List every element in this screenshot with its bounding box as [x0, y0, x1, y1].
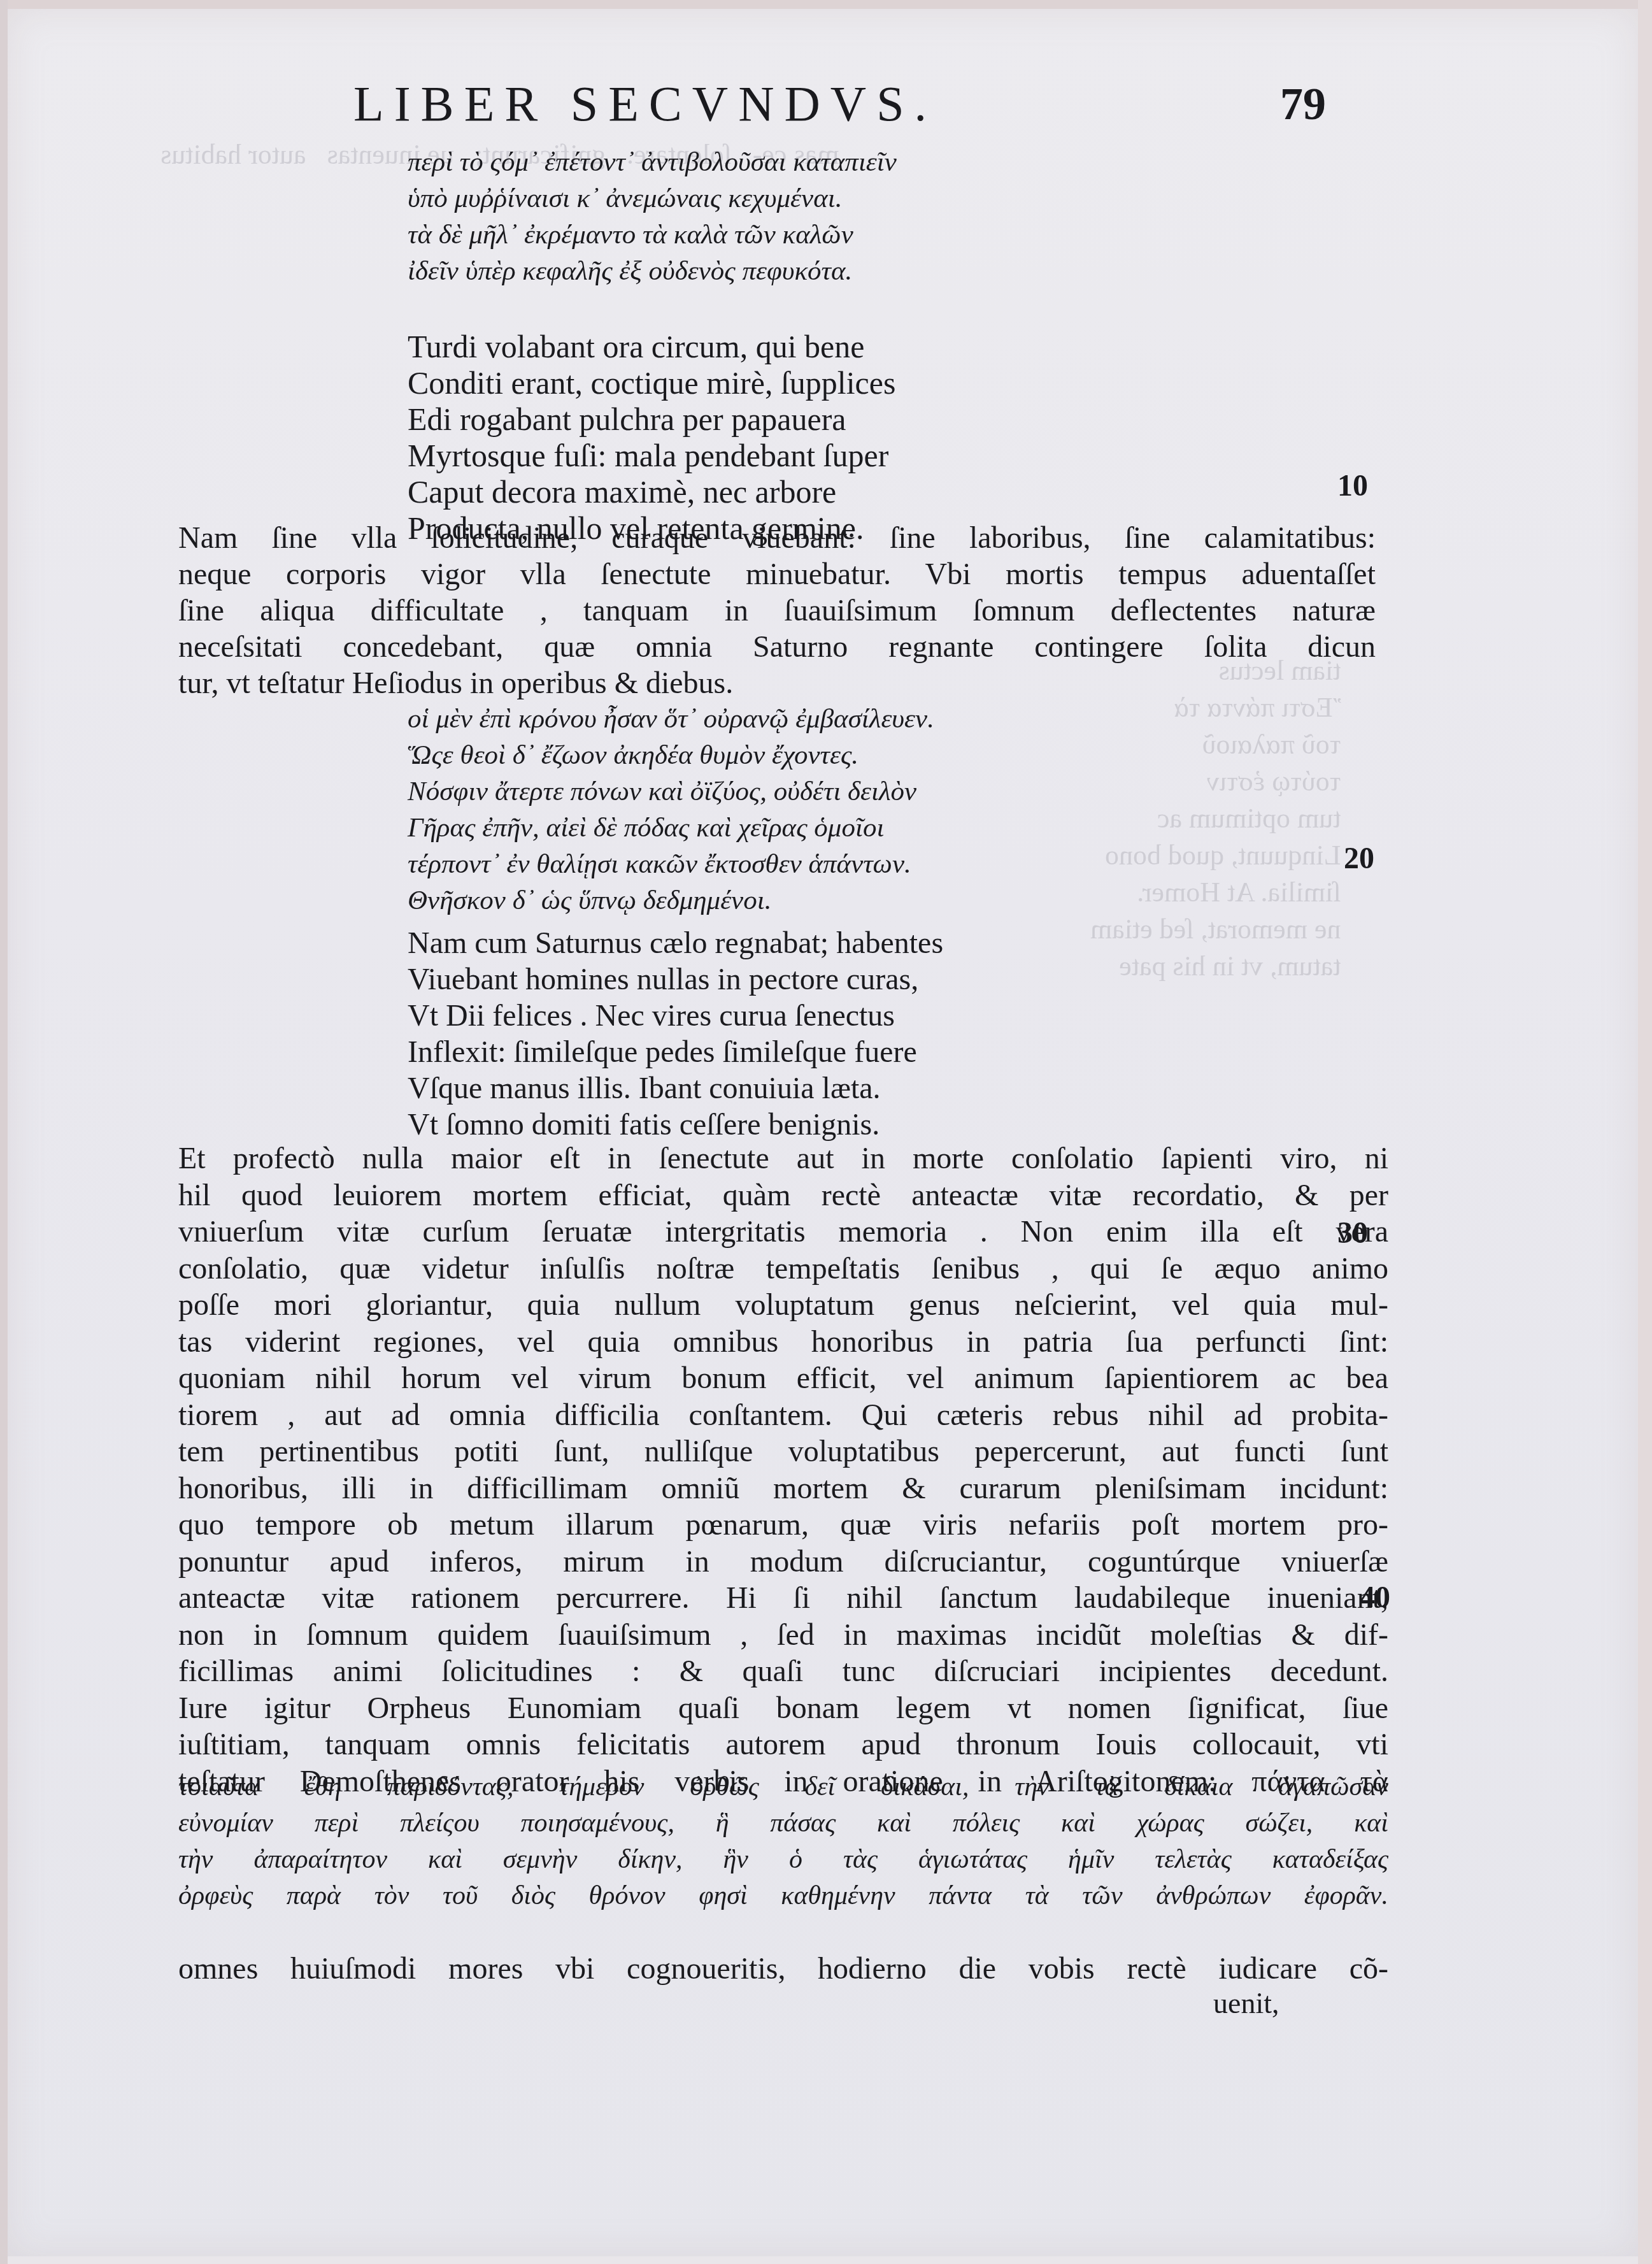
- page-edge-top: [0, 0, 1652, 9]
- quote-line: τὴν ἀπαραίτητον καὶ σεμνὴν δίκην, ἣν ὁ τ…: [178, 1842, 1388, 1878]
- latin-verse-block-1: Turdi volabant ora circum, qui bene Cond…: [408, 329, 895, 547]
- prose-line: quo tempore ob metum illarum pœnarum, qu…: [178, 1507, 1388, 1544]
- prose-line: omnes huiuſmodi mores vbi cognoueritis, …: [178, 1951, 1388, 1987]
- prose-line: tur, vt teſtatur Heſiodus in operibus & …: [178, 665, 1376, 701]
- verse-line: ὑπὸ μυῤῥίναισι κ᾽ ἀνεμώναις κεχυμέναι.: [408, 180, 897, 217]
- verse-line: Vt Dii felices . Nec vires curua ſenectu…: [408, 998, 943, 1034]
- verse-line: τέρποντ᾽ ἐν θαλίῃσι κακῶν ἔκτοσθεν ἁπάντ…: [408, 846, 934, 882]
- verse-line: Γῆρας ἐπῆν, αἰεὶ δὲ πόδας καὶ χεῖρας ὁμο…: [408, 810, 934, 846]
- verse-line: Θνῆσκον δ᾽ ὡς ὕπνῳ δεδμημένοι.: [408, 882, 934, 919]
- prose-line: tiorem , aut ad omnia difficilia conſtan…: [178, 1397, 1388, 1434]
- prose-line: iuſtitiam, tanquam omnis felicitatis aut…: [178, 1726, 1388, 1763]
- verse-line: Turdi volabant ora circum, qui bene: [408, 329, 895, 365]
- greek-quotation: τοιαῦτα ἔθη παριδόντας, τήμερον ὀρθῶς δε…: [178, 1769, 1388, 1914]
- prose-paragraph-2: Et profectò nulla maior eſt in ſenectute…: [178, 1140, 1388, 1800]
- prose-line: tas viderint regiones, vel quia omnibus …: [178, 1324, 1388, 1361]
- quote-line: τοιαῦτα ἔθη παριδόντας, τήμερον ὀρθῶς δε…: [178, 1769, 1388, 1805]
- prose-line: honoribus, illi in difficillimam omniũ m…: [178, 1470, 1388, 1507]
- verse-line: Inflexit: ſimileſque pedes ſimileſque fu…: [408, 1034, 943, 1070]
- latin-verse-block-2: Nam cum Saturnus cælo regnabat; habentes…: [408, 925, 943, 1143]
- page-edge-right: [1638, 0, 1652, 2264]
- prose-line: quoniam nihil horum vel virum bonum effi…: [178, 1360, 1388, 1397]
- prose-line: vniuerſum vitæ curſum ſeruatæ intergrita…: [178, 1214, 1388, 1250]
- verse-line: Nam cum Saturnus cælo regnabat; habentes: [408, 925, 943, 961]
- verse-line: Edi rogabant pulchra per papauera: [408, 401, 895, 438]
- prose-line: ponuntur apud inferos, mirum in modum di…: [178, 1544, 1388, 1580]
- verse-line: Vt ſomno domiti fatis ceſſere benignis.: [408, 1107, 943, 1143]
- prose-line: hil quod leuiorem mortem efficiat, quàm …: [178, 1177, 1388, 1214]
- prose-line: Nam ſine vlla ſolicitudine, curaque viue…: [178, 520, 1376, 556]
- prose-line: ſine aliqua difficultate , tanquam in ſu…: [178, 592, 1376, 629]
- prose-line: conſolatio, quæ videtur inſulſis noſtræ …: [178, 1250, 1388, 1287]
- verse-line: Conditi erant, coctique mirè, ſupplices: [408, 365, 895, 401]
- prose-line: ficillimas animi ſolicitudines : & quaſi…: [178, 1653, 1388, 1690]
- line-marker-40: 40: [1360, 1580, 1390, 1615]
- prose-line: anteactæ vitæ rationem percurrere. Hi ſi…: [178, 1580, 1388, 1617]
- prose-line: neceſsitati concedebant, quæ omnia Satur…: [178, 629, 1376, 665]
- quote-line: εὐνομίαν περὶ πλείςου ποιησαμένους, ἣ πά…: [178, 1805, 1388, 1842]
- prose-line: poſſe mori gloriantur, quia nullum volup…: [178, 1287, 1388, 1324]
- greek-verse-block-2: οἱ μὲν ἐπὶ κρόνου ἦσαν ὅτ᾽ οὐρανῷ ἐμβασί…: [408, 701, 934, 919]
- quote-line: ὀρφεὺς παρὰ τὸν τοῦ διὸς θρόνον φησὶ καθ…: [178, 1878, 1388, 1914]
- closing-line: omnes huiuſmodi mores vbi cognoueritis, …: [178, 1951, 1388, 1987]
- running-head: LIBER SECVNDVS.: [353, 75, 937, 133]
- greek-verse-block-1: περὶ τὸ ςόμ᾽ ἐπέτοντ᾽ ἀντιβολοῦσαι καταπ…: [408, 144, 897, 289]
- verse-line: Νόσφιν ἄτερτε πόνων καὶ ὀϊζύος, οὐδέτι δ…: [408, 773, 934, 810]
- prose-line: tem pertinentibus potiti ſunt, nulliſque…: [178, 1433, 1388, 1470]
- prose-line: neque corporis vigor vlla ſenectute minu…: [178, 556, 1376, 592]
- prose-line: non in ſomnum quidem ſuauiſsimum , ſed i…: [178, 1617, 1388, 1654]
- line-marker-30: 30: [1337, 1215, 1368, 1250]
- verse-line: Ὥςε θεοὶ δ᾽ ἔζωον ἀκηδέα θυμὸν ἔχοντες.: [408, 737, 934, 773]
- prose-line: Iure igitur Orpheus Eunomiam quaſi bonam…: [178, 1690, 1388, 1727]
- verse-line: Vſque manus illis. Ibant conuiuia læta.: [408, 1070, 943, 1107]
- catchword: uenit,: [1213, 1986, 1279, 2020]
- prose-paragraph-1: Nam ſine vlla ſolicitudine, curaque viue…: [178, 520, 1376, 701]
- prose-line: Et profectò nulla maior eſt in ſenectute…: [178, 1140, 1388, 1177]
- line-marker-10: 10: [1337, 468, 1368, 503]
- folio-page-number: 79: [1280, 78, 1326, 131]
- verse-line: Myrtosque fuſi: mala pendebant ſuper: [408, 438, 895, 474]
- verse-line: τὰ δὲ μῆλ᾽ ἐκρέμαντο τὰ καλὰ τῶν καλῶν: [408, 217, 897, 253]
- verse-line: Viuebant homines nullas in pectore curas…: [408, 961, 943, 998]
- verse-line: ἰδεῖν ὑπὲρ κεφαλῆς ἐξ οὐδενὸς πεφυκότα.: [408, 253, 897, 289]
- page-edge-left: [0, 0, 8, 2264]
- verse-line: Caput decora maximè, nec arbore: [408, 474, 895, 510]
- line-marker-20: 20: [1344, 841, 1374, 876]
- verse-line: οἱ μὲν ἐπὶ κρόνου ἦσαν ὅτ᾽ οὐρανῷ ἐμβασί…: [408, 701, 934, 737]
- show-through-text-right: tiam lectus Ἔστι πάντα τὰ τοῦ παλαιοῦ το…: [1090, 652, 1341, 985]
- verse-line: περὶ τὸ ςόμ᾽ ἐπέτοντ᾽ ἀντιβολοῦσαι καταπ…: [408, 144, 897, 180]
